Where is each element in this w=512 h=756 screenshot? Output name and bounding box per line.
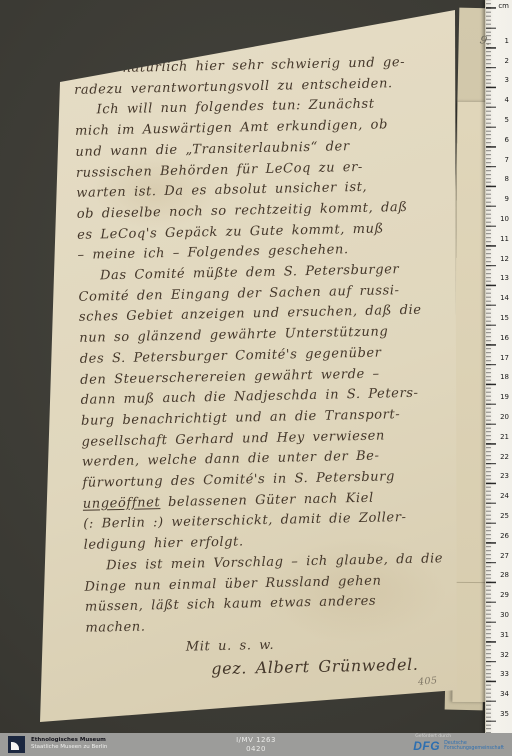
dfg-organization: DeutscheForschungsgemeinschaft [444, 741, 504, 752]
ruler-cm-label: 20 [500, 414, 509, 421]
ruler-cm-label: 26 [500, 533, 509, 540]
funding-block: Gefördert durch DFG DeutscheForschungsge… [413, 734, 504, 752]
ruler-cm-label: 17 [500, 355, 509, 362]
ruler-cm-label: 22 [500, 454, 509, 461]
ruler-cm-label: 11 [500, 236, 509, 243]
scan-number: 0420 [236, 745, 276, 754]
ruler-cm-label: 33 [500, 671, 509, 678]
margin-annotation-pencil: 1A W 10 [25, 650, 43, 698]
ruler-cm-label: 24 [500, 493, 509, 500]
ruler-cm-label: 12 [500, 256, 509, 263]
ruler-cm-label: 30 [500, 612, 509, 619]
institution-block: Ethnologisches Museum Staatliche Museen … [31, 737, 107, 751]
ruler-cm-label: 19 [500, 394, 509, 401]
ruler-cm-label: 34 [500, 691, 509, 698]
museum-logo-icon [8, 736, 25, 753]
footer-bar: Ethnologisches Museum Staatliche Museen … [0, 733, 512, 756]
ruler-cm-label: 6 [505, 137, 509, 144]
ruler-cm-label: 28 [500, 572, 509, 579]
ruler-cm-label: 15 [500, 315, 509, 322]
ruler-cm-label: 3 [505, 77, 509, 84]
ruler-cm-label: 5 [505, 117, 509, 124]
scan-viewport: { "page": { "lines_before": [ "ist es na… [0, 0, 512, 756]
ruler-cm-label: 31 [500, 632, 509, 639]
ruler-cm-label: 14 [500, 295, 509, 302]
shelfmark-block: I/MV 1263 0420 [236, 736, 276, 754]
ruler-cm-label: 9 [505, 196, 509, 203]
page-number-pencil: 405 [418, 675, 439, 688]
ruler-cm-label: 29 [500, 592, 509, 599]
ruler-cm-label: 35 [500, 711, 509, 718]
ruler-cm-label: 16 [500, 335, 509, 342]
institution-name: Ethnologisches Museum [31, 737, 107, 744]
ruler-cm-label: 1 [505, 38, 509, 45]
shelfmark: I/MV 1263 [236, 736, 276, 745]
ruler-cm-label: 7 [505, 157, 509, 164]
ruler-cm-label: 10 [500, 216, 509, 223]
ruler-cm-label: 25 [500, 513, 509, 520]
ruler-cm-label: 2 [505, 58, 509, 65]
ruler-unit-label: cm [498, 2, 509, 10]
ruler-cm-label: 13 [500, 275, 509, 282]
line-remainder: belassenen Güter nach Kiel [160, 490, 374, 509]
dfg-logo: DFG [413, 740, 440, 752]
underlined-word: ungeöffnet [83, 495, 161, 512]
ruler: cm 1234567891011121314151617181920212223… [485, 0, 512, 733]
handwriting-block: ist es natürlich hier sehr schwierig und… [74, 52, 452, 683]
ruler-cm-label: 27 [500, 553, 509, 560]
institution-subtitle: Staatliche Museen zu Berlin [31, 744, 107, 751]
closing-line: Mit u. s. w. [186, 632, 451, 658]
signature-line: gez. Albert Grünwedel. [211, 655, 451, 681]
ruler-cm-label: 8 [505, 176, 509, 183]
ruler-cm-ticks [486, 0, 496, 733]
manuscript-page: ist es natürlich hier sehr schwierig und… [25, 0, 465, 735]
ruler-cm-label: 21 [500, 434, 509, 441]
ruler-cm-label: 23 [500, 473, 509, 480]
ruler-cm-label: 4 [505, 97, 509, 104]
ruler-cm-label: 18 [500, 374, 509, 381]
ruler-cm-label: 32 [500, 652, 509, 659]
